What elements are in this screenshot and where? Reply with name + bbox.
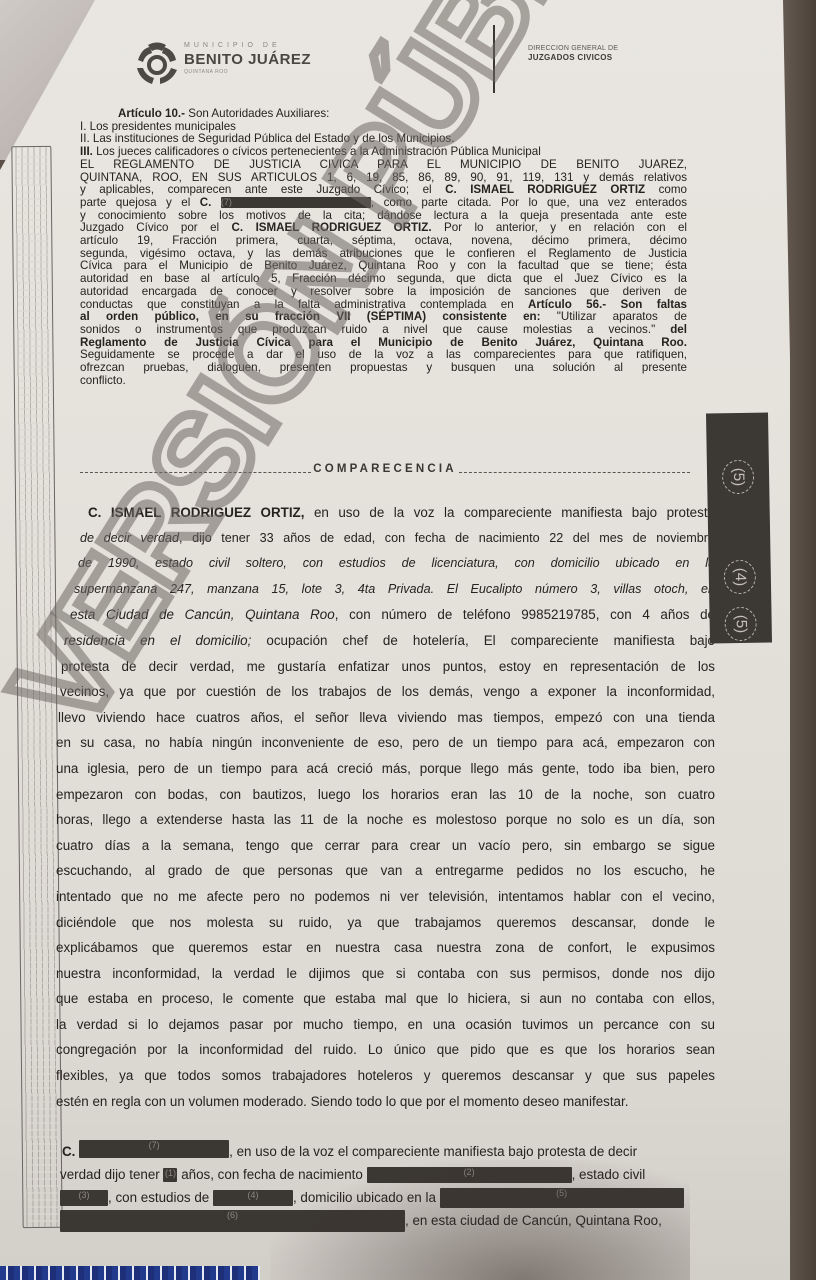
testimony-line: explicábamos que queremos estar en nuest… (56, 935, 715, 961)
testimony-line: protesta de decir verdad, me gustaría en… (60, 654, 715, 680)
testimony-line: C. ISMAEL RODRIGUEZ ORTIZ, en uso de la … (60, 500, 715, 526)
testimony-line: residencia en el domicilio; ocupación ch… (60, 628, 715, 654)
testimony-line: (6), en esta ciudad de Cancún, Quintana … (60, 1209, 730, 1232)
testimony-line: vecinos, ya que por cuestión de los trab… (60, 679, 715, 705)
municipality-logo-icon (132, 38, 182, 88)
testimony-line: que estaba en proceso, le comente que es… (56, 986, 715, 1012)
heading-dash-right (459, 472, 690, 473)
redacted-studies: (4) (213, 1190, 293, 1206)
heading-text: COMPARECENCIA (311, 463, 459, 475)
testimony-line: flexibles, ya que todos somos trabajador… (56, 1063, 715, 1089)
heading-dash-left (80, 472, 311, 473)
testimony-line: de 1990, estado civil soltero, con estud… (60, 551, 715, 577)
redacted-address-continued: (6) (60, 1210, 405, 1232)
section-heading: COMPARECENCIA (80, 461, 690, 477)
department-name: JUZGADOS CIVICOS (528, 53, 612, 62)
article-item: III. Los jueces calificadores o cívicos … (80, 146, 687, 159)
municipality-label: MUNICIPIO DE (184, 42, 281, 49)
intro-line: artículo 19, Fracción primera, cuarta, s… (80, 235, 687, 248)
testimony-section: C. ISMAEL RODRIGUEZ ORTIZ, en uso de la … (60, 500, 715, 1114)
testimony-line: supermanzana 247, manzana 15, lote 3, 4t… (60, 577, 715, 603)
article-section: Artículo 10.- Son Autoridades Auxiliares… (80, 108, 687, 387)
testimony-line: cuatro días a la semana, tengo que cerra… (56, 833, 715, 859)
redaction-strip: (5) (4) (5) (706, 412, 772, 643)
document-header: MUNICIPIO DE BENITO JUÁREZ QUINTANA ROO … (132, 38, 652, 88)
state-label: QUINTANA ROO (184, 69, 228, 75)
testimony-line: en su casa, no había ningún inconvenient… (56, 730, 715, 756)
testimony-line: empezaron con bodas, con bautizos, luego… (56, 782, 715, 808)
testimony-line: diciéndole que nos molesta su ruido, ya … (56, 910, 715, 936)
testimony-line: intentado que no me afecte pero no podem… (56, 884, 715, 910)
testimony-line: esta Ciudad de Cancún, Quintana Roo, con… (60, 602, 715, 628)
redaction-marker: (4) (724, 560, 757, 595)
department-label: DIRECCION GENERAL DE (528, 45, 618, 52)
redacted-address: (5) (440, 1188, 684, 1208)
testimony-line: congregación por la inconformidad del ru… (56, 1037, 715, 1063)
testimony-line: escuchando, al grado de que personas que… (56, 858, 715, 884)
testimony-line: verdad dijo tener (1) años, con fecha de… (60, 1163, 730, 1186)
second-testimony-section: C. (7), en uso de la voz el comparecient… (60, 1140, 730, 1232)
redacted-birthdate: (2) (367, 1167, 572, 1183)
redacted-age: (1) (163, 1168, 177, 1182)
testimony-line: nuestra inconformidad, la verdad le diji… (56, 961, 715, 987)
testimony-line: estén en regla con un volumen moderado. … (56, 1089, 715, 1115)
intro-line: ofrezcan pruebas, dialoguen, presenten p… (80, 362, 687, 375)
testimony-line: C. (7), en uso de la voz el comparecient… (60, 1140, 730, 1163)
municipality-name: BENITO JUÁREZ (184, 51, 311, 68)
redaction-marker: (5) (722, 460, 755, 495)
redaction-marker: (5) (724, 607, 757, 642)
fabric-edge (0, 1266, 260, 1280)
article-title: Artículo 10.- Son Autoridades Auxiliares… (118, 108, 687, 121)
redacted-name: (7) (221, 197, 371, 208)
testimony-line: (3), con estudios de (4), domicilio ubic… (60, 1186, 730, 1209)
testimony-line: una iglesia, pero de un tiempo para acá … (56, 756, 715, 782)
testimony-line: horas, llego a extenderse hasta las 11 d… (56, 807, 715, 833)
header-divider (493, 25, 495, 93)
intro-line: autoridad en base al artículo 5, Fracció… (80, 273, 687, 286)
redacted-name: (7) (79, 1140, 229, 1158)
intro-line: conflicto. (80, 375, 687, 388)
testimony-line: la verdad si lo dejamos pasar por mucho … (56, 1012, 715, 1038)
intro-line: EL REGLAMENTO DE JUSTICIA CIVICA PARA EL… (80, 159, 687, 172)
intro-line: parte quejosa y el C. (7), como parte ci… (80, 197, 687, 210)
redacted-civil-status: (3) (60, 1190, 108, 1206)
testimony-line: llevo viviendo hace cuatros años, el señ… (58, 705, 715, 731)
testimony-line: de decir verdad, dijo tener 33 años de e… (60, 526, 715, 552)
